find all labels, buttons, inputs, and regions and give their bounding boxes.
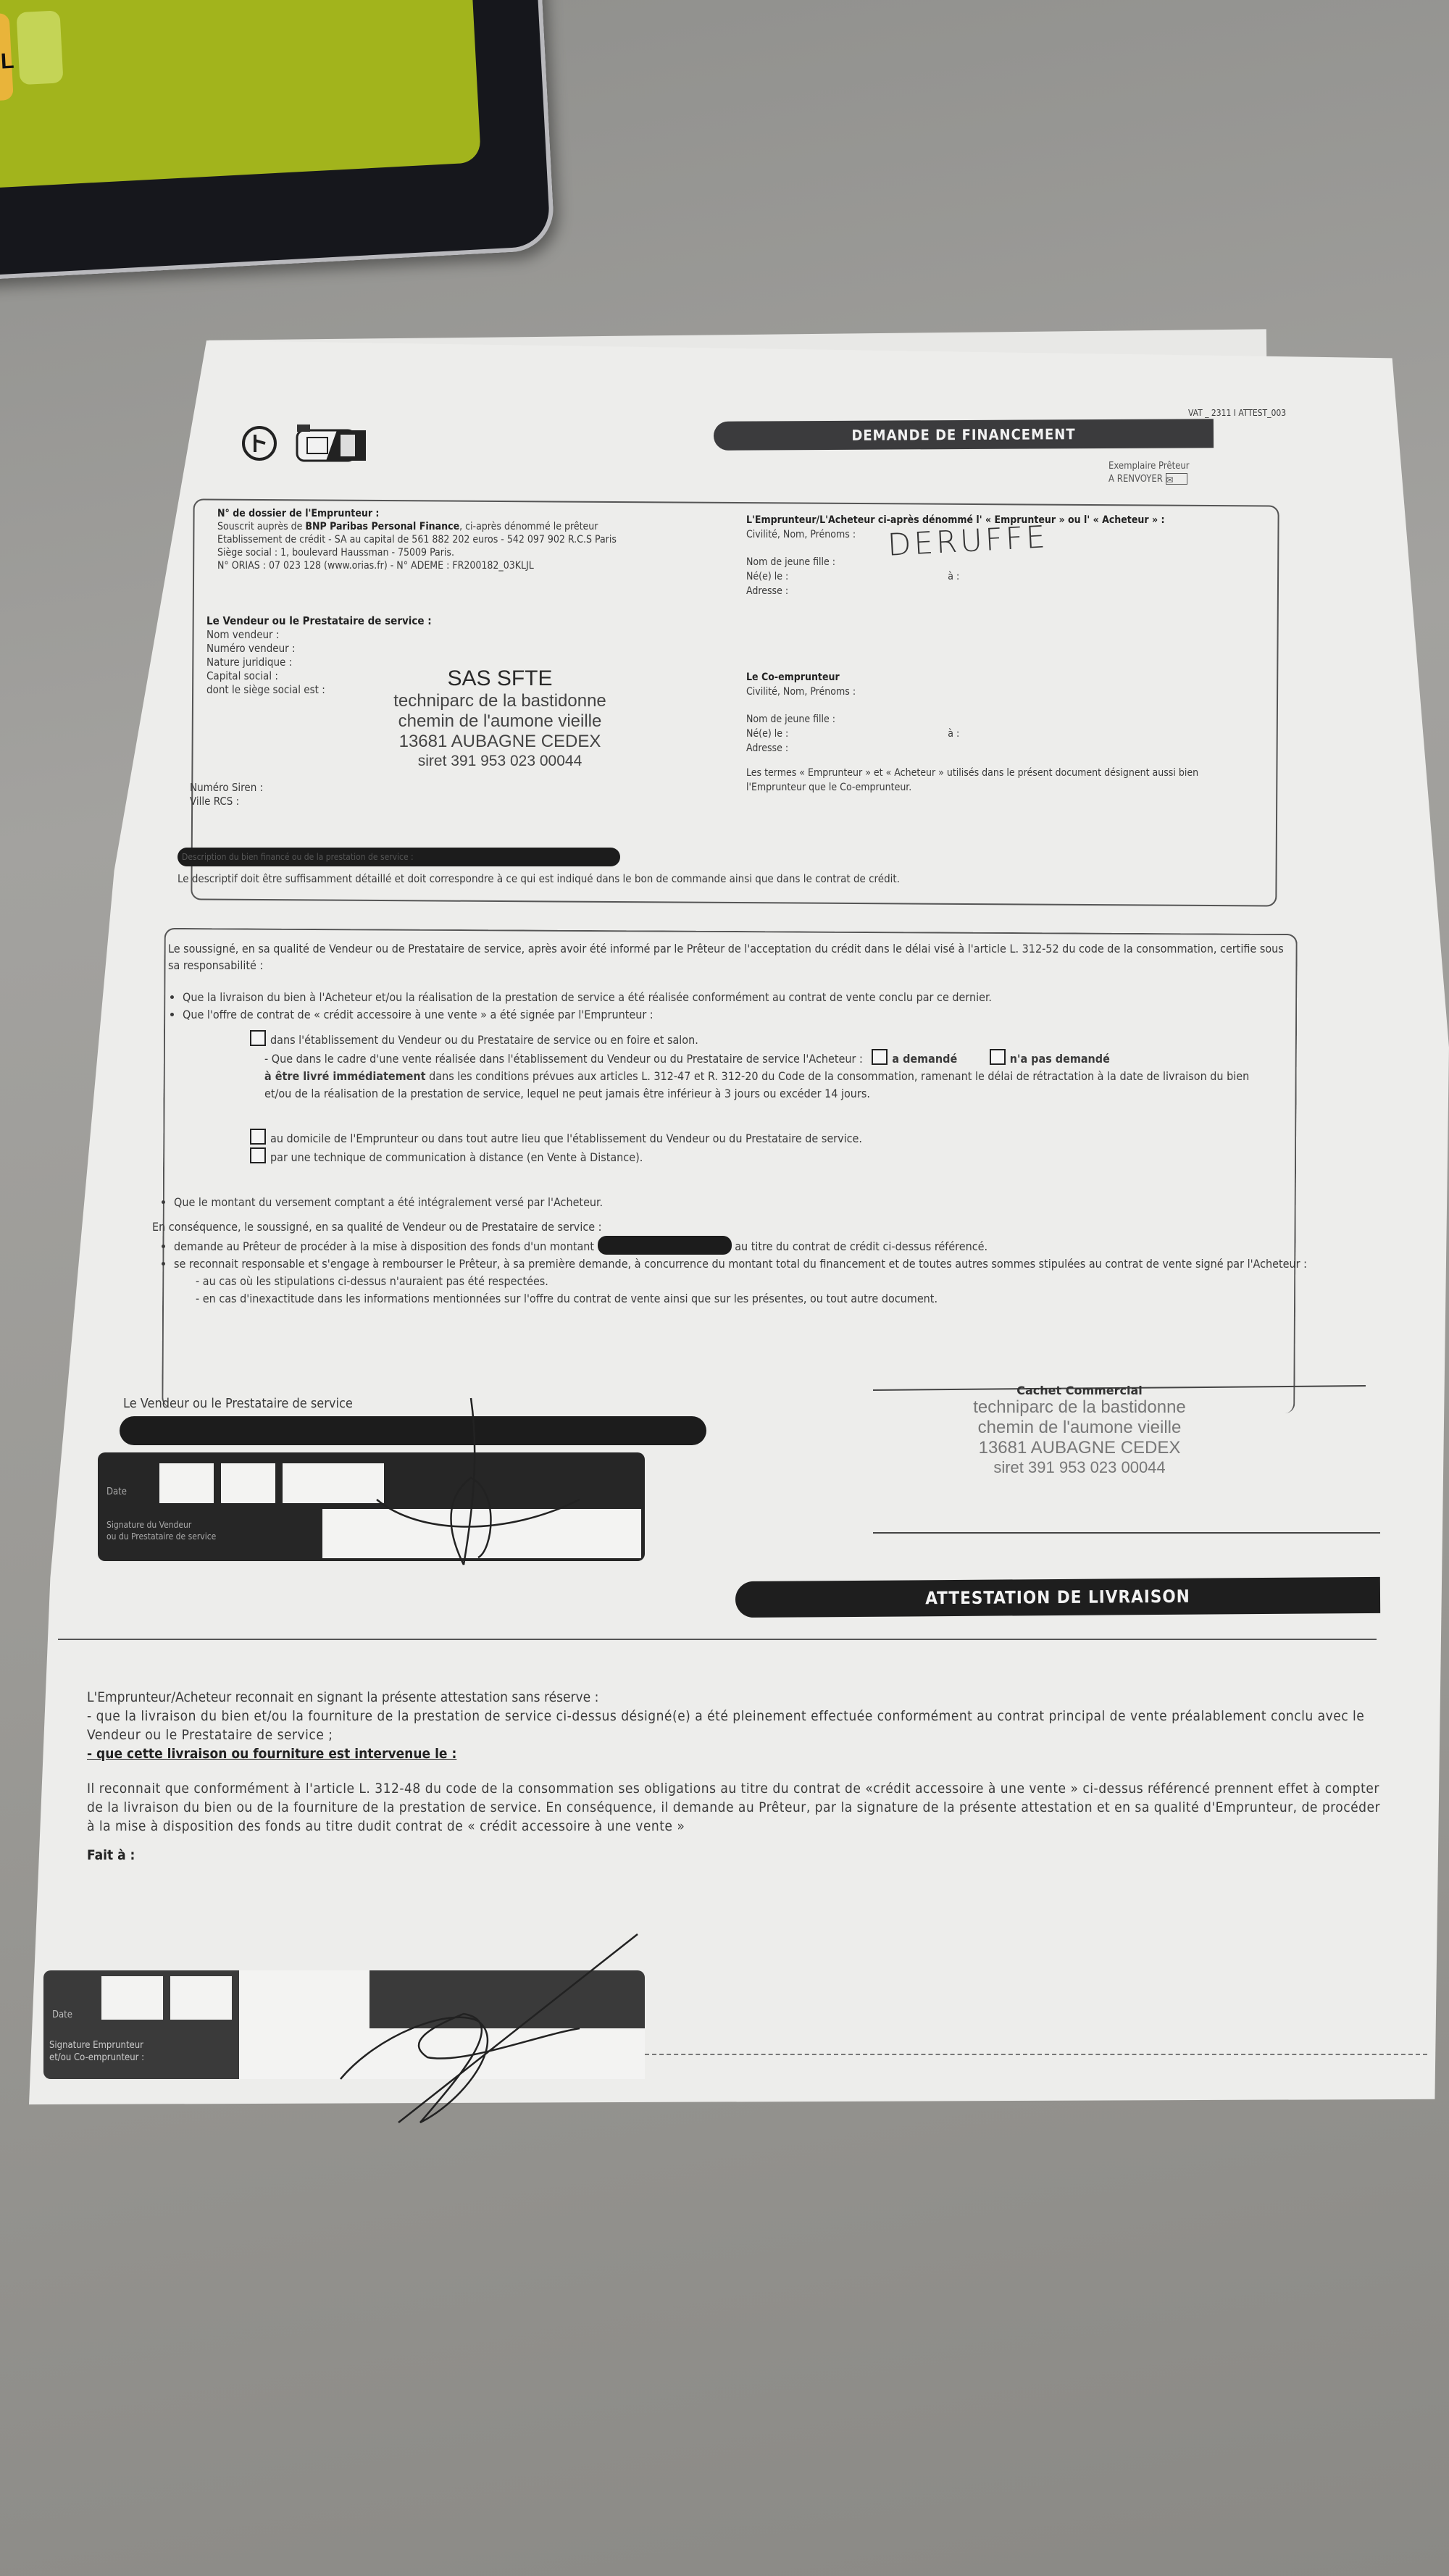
vendor-field: Nom vendeur : [206, 628, 496, 642]
borrower-born-row: Né(e) le :à : [746, 569, 1253, 584]
logos [239, 420, 398, 467]
borrower-signature-labels: Signature Emprunteur et/ou Co-emprunteur… [49, 2039, 144, 2064]
lender-line-4: N° ORIAS : 07 023 128 (www.orias.fr) - N… [217, 559, 710, 572]
checkbox-home[interactable] [250, 1129, 266, 1145]
borrower-maiden-label: Nom de jeune fille : [746, 555, 1253, 569]
attestation-title: ATTESTATION DE LIVRAISON [735, 1577, 1380, 1618]
bullet-offer-signed: Que l'offre de contrat de « crédit acces… [183, 1006, 1297, 1024]
certification-intro: Le soussigné, en sa qualité de Vendeur o… [168, 940, 1298, 974]
vendor-title: Le Vendeur ou le Prestataire de service … [206, 614, 496, 628]
place-label: Fait à : [87, 1846, 1391, 1865]
return-label: A RENVOYER ✉ [1108, 472, 1187, 487]
lender-line-3: Siège social : 1, boulevard Haussman - 7… [217, 546, 710, 559]
date-label: Date [107, 1485, 127, 1500]
amount-redacted [598, 1236, 732, 1255]
attestation-divider [58, 1639, 1377, 1640]
borrower-date-day-field[interactable] [101, 1976, 163, 2020]
dossier-label: N° de dossier de l'Emprunteur : [217, 507, 710, 520]
lender-block: N° de dossier de l'Emprunteur : Souscrit… [217, 507, 710, 572]
date-day-field[interactable] [159, 1463, 214, 1503]
date-month-field[interactable] [221, 1463, 275, 1503]
vendor-field: Numéro Siren : [190, 781, 263, 795]
bullet-fund-demand: demande au Prêteur de procéder à la mise… [174, 1236, 1311, 1255]
attestation-point-1: - que la livraison du bien et/ou la four… [87, 1707, 1391, 1744]
vendor-bottom-fields: Numéro Siren : Ville RCS : [190, 781, 263, 808]
commercial-stamp: Cachet Commercial techniparc de la basti… [942, 1384, 1217, 1477]
description-note: Le descriptif doit être suffisamment dét… [178, 871, 900, 886]
option-establishment[interactable]: dans l'établissement du Vendeur ou du Pr… [250, 1030, 1250, 1049]
checkbox-not-requested[interactable] [990, 1049, 1006, 1065]
stamp-caption: Cachet Commercial [942, 1384, 1217, 1397]
copy-label: Exemplaire Prêteur [1108, 459, 1190, 474]
vendor-field: Numéro vendeur : [206, 642, 496, 656]
vendor-field: Ville RCS : [190, 795, 263, 808]
certification-bullets: Que la livraison du bien à l'Acheteur et… [167, 989, 1297, 1024]
lender-line-2: Etablissement de crédit - SA au capital … [217, 533, 710, 546]
stamp-company-name: SAS SFTE [362, 666, 638, 691]
borrower-address-label: Adresse : [746, 584, 1253, 598]
bullet-delivery: Que la livraison du bien à l'Acheteur et… [183, 989, 1297, 1006]
envelope-icon: ✉ [1166, 473, 1187, 485]
date-label: Date [52, 2008, 72, 2023]
coborrower-born-row: Né(e) le :à : [746, 727, 1253, 741]
option-home[interactable]: au domicile de l'Emprunteur ou dans tout… [250, 1129, 1250, 1147]
coborrower-address-label: Adresse : [746, 741, 1253, 756]
stamp-line: siret 391 953 023 00044 [362, 752, 638, 771]
return-label-text: A RENVOYER [1108, 474, 1163, 485]
checkbox-establishment[interactable] [250, 1030, 266, 1046]
vendor-signature-labels: Signature du Vendeur ou du Prestataire d… [107, 1519, 216, 1542]
description-label-redacted: Description du bien financé ou de la pre… [178, 848, 620, 866]
borrower-signature-scribble [319, 1927, 652, 2130]
coborrower-block: Le Co-emprunteur Civilité, Nom, Prénoms … [746, 670, 1253, 795]
attestation-point-2: - que cette livraison ou fourniture est … [87, 1744, 1391, 1763]
bullet-reimburse: se reconnait responsable et s'engage à r… [174, 1255, 1311, 1273]
attestation-legal: Il reconnait que conformément à l'articl… [87, 1779, 1391, 1836]
signature-location-options: dans l'établissement du Vendeur ou du Pr… [250, 1030, 1250, 1166]
borrower-date-month-field[interactable] [170, 1976, 232, 2020]
certification-bottom: Que le montant du versement comptant a é… [152, 1194, 1311, 1308]
stamp-line: chemin de l'aumone vieille [362, 711, 638, 732]
signature-baseline [645, 2054, 1427, 2055]
checkbox-requested[interactable] [872, 1049, 888, 1065]
case-2: - en cas d'inexactitude dans les informa… [152, 1290, 1311, 1308]
consequence-text: En conséquence, le soussigné, en sa qual… [152, 1218, 1311, 1236]
terms-note: Les termes « Emprunteur » et « Acheteur … [746, 766, 1239, 795]
checkbox-distance[interactable] [250, 1147, 266, 1163]
stamp-bottom-line [873, 1532, 1380, 1534]
ref-code: VAT _ 2311 I ATTEST_003 [1188, 406, 1286, 420]
vendor-stamp: SAS SFTE techniparc de la bastidonne che… [362, 666, 638, 771]
attestation-intro: L'Emprunteur/Acheteur reconnait en signa… [87, 1688, 1391, 1707]
person-recycling-icon [239, 420, 398, 464]
header-title: DEMANDE DE FINANCEMENT [714, 419, 1214, 451]
document: VAT _ 2311 I ATTEST_003 DEMANDE DE FINAN… [0, 0, 1449, 2576]
stamp-line: 13681 AUBAGNE CEDEX [362, 732, 638, 752]
vendor-signature-scribble [362, 1391, 594, 1586]
coborrower-title: Le Co-emprunteur [746, 670, 1253, 685]
option-distance[interactable]: par une technique de communication à dis… [250, 1147, 1250, 1166]
attestation-body: L'Emprunteur/Acheteur reconnait en signa… [87, 1688, 1391, 1865]
immediate-delivery-clause: - Que dans le cadre d'une vente réalisée… [250, 1049, 1250, 1103]
coborrower-maiden-label: Nom de jeune fille : [746, 712, 1253, 727]
vendor-signature-label: Le Vendeur ou le Prestataire de service [123, 1397, 353, 1411]
case-1: - au cas où les stipulations ci-dessus n… [152, 1273, 1311, 1290]
lender-line-1: Souscrit auprès de BNP Paribas Personal … [217, 520, 710, 533]
stamp-line: techniparc de la bastidonne [362, 691, 638, 711]
coborrower-name-label: Civilité, Nom, Prénoms : [746, 685, 1253, 699]
bullet-deposit-paid: Que le montant du versement comptant a é… [174, 1194, 1311, 1211]
